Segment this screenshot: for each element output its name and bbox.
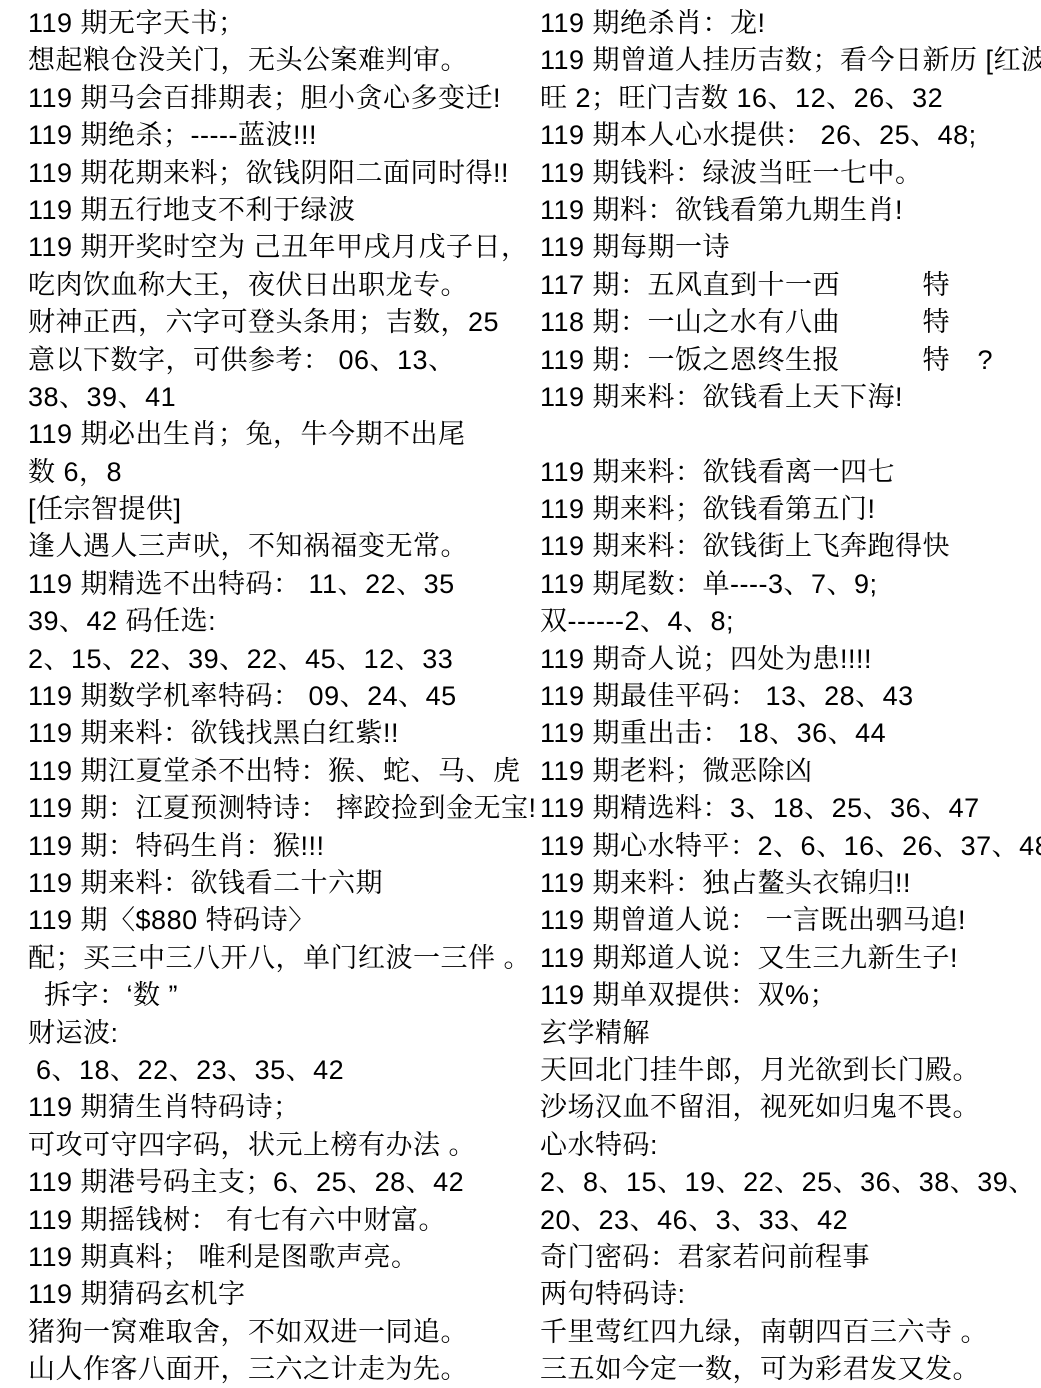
text-line: 119 期〈$880 特码诗〉	[28, 902, 533, 939]
text-line: 117 期：五风直到十一西 特	[540, 267, 1040, 304]
text-line: 吃肉饮血称大王，夜伏日出职龙专。	[28, 267, 533, 304]
text-line: 两句特码诗:	[540, 1276, 1040, 1313]
text-line: 猪狗一窝难取舍，不如双进一同追。	[28, 1314, 533, 1351]
text-line: 2、15、22、39、22、45、12、33	[28, 641, 533, 678]
text-line: 119 期马会百排期表；胆小贪心多变迁!	[28, 80, 533, 117]
text-line: 数 6，8	[28, 454, 533, 491]
text-line: 119 期尾数：单----3、7、9;	[540, 566, 1040, 603]
left-column: 119 期无字天书； 想起粮仓没关门，无头公案难判审。 119 期马会百排期表；…	[28, 5, 533, 1388]
text-line: 119 期开奖时空为 己丑年甲戌月戊子日，	[28, 229, 533, 266]
text-line: 119 期来料：欲钱街上飞奔跑得快	[540, 528, 1040, 565]
text-line: 119 期最佳平码： 13、28、43	[540, 678, 1040, 715]
text-line: 119 期曾道人说： 一言既出驷马追!	[540, 902, 1040, 939]
text-line: 旺 2；旺门吉数 16、12、26、32	[540, 80, 1040, 117]
text-line: 2、8、15、19、22、25、36、38、39、	[540, 1164, 1040, 1201]
text-line: 38、39、41	[28, 379, 533, 416]
text-line: 119 期真料； 唯利是图歌声亮。	[28, 1239, 533, 1276]
text-line: 119 期摇钱树： 有七有六中财富。	[28, 1202, 533, 1239]
text-line: 119 期：江夏预测特诗： 摔跤捡到金无宝!	[28, 790, 533, 827]
text-line: [任宗智提供]	[28, 491, 533, 528]
text-line: 119 期单双提供：双%；	[540, 977, 1040, 1014]
text-line: 119 期无字天书；	[28, 5, 533, 42]
text-line: 119 期五行地支不利于绿波	[28, 192, 533, 229]
text-line: 意以下数字，可供参考： 06、13、	[28, 342, 533, 379]
text-line: 119 期精选不出特码： 11、22、35	[28, 566, 533, 603]
text-line: 想起粮仓没关门，无头公案难判审。	[28, 42, 533, 79]
text-line: 39、42 码任选:	[28, 603, 533, 640]
text-line: 119 期数学机率特码： 09、24、45	[28, 678, 533, 715]
text-line: 119 期港号码主支；6、25、28、42	[28, 1164, 533, 1201]
text-line: 119 期料：欲钱看第九期生肖!	[540, 192, 1040, 229]
text-line: 6、18、22、23、35、42	[28, 1052, 533, 1089]
text-line: 拆字：‘数 ”	[28, 977, 533, 1014]
text-line: 119 期精选料：3、18、25、36、47	[540, 790, 1040, 827]
text-line: 财神正西，六字可登头条用；吉数，25	[28, 304, 533, 341]
text-line: 千里莺红四九绿，南朝四百三六寺 。	[540, 1314, 1040, 1351]
text-line: 三五如今定一数，可为彩君发又发。	[540, 1351, 1040, 1388]
text-line: 119 期每期一诗	[540, 229, 1040, 266]
text-line: 119 期来料；欲钱看第五门!	[540, 491, 1040, 528]
text-line: 119 期：一饭之恩终生报 特 ?	[540, 342, 1040, 379]
text-line: 119 期来料：欲钱找黑白红紫!!	[28, 715, 533, 752]
text-line: 119 期曾道人挂历吉数；看今日新历 [红波	[540, 42, 1040, 79]
blank-line	[540, 416, 1040, 453]
text-line: 山人作客八面开，三六之计走为先。	[28, 1351, 533, 1388]
text-line: 119 期猜生肖特码诗；	[28, 1089, 533, 1126]
text-line: 119 期本人心水提供： 26、25、48;	[540, 117, 1040, 154]
text-line: 天回北门挂牛郎，月光欲到长门殿。	[540, 1052, 1040, 1089]
text-line: 沙场汉血不留泪，视死如归鬼不畏。	[540, 1089, 1040, 1126]
text-line: 119 期花期来料；欲钱阴阳二面同时得!!	[28, 155, 533, 192]
text-line: 玄学精解	[540, 1015, 1040, 1052]
text-line: 119 期老料；微恶除凶	[540, 753, 1040, 790]
document-page: 119 期无字天书； 想起粮仓没关门，无头公案难判审。 119 期马会百排期表；…	[0, 0, 1041, 1388]
text-line: 配；买三中三八开八，单门红波一三伴 。	[28, 940, 533, 977]
right-column: 119 期绝杀肖：龙! 119 期曾道人挂历吉数；看今日新历 [红波 旺 2；旺…	[540, 5, 1040, 1388]
text-line: 119 期猜码玄机字	[28, 1276, 533, 1313]
text-line: 119 期钱料：绿波当旺一七中。	[540, 155, 1040, 192]
text-line: 119 期江夏堂杀不出特：猴、蛇、马、虎	[28, 753, 533, 790]
text-line: 119 期来料：欲钱看离一四七	[540, 454, 1040, 491]
text-line: 119 期心水特平：2、6、16、26、37、48。	[540, 828, 1040, 865]
text-line: 119 期来料：欲钱看二十六期	[28, 865, 533, 902]
text-line: 119 期必出生肖；兔，牛今期不出尾	[28, 416, 533, 453]
text-line: 财运波:	[28, 1015, 533, 1052]
text-line: 心水特码:	[540, 1127, 1040, 1164]
text-line: 119 期来料：欲钱看上天下海!	[540, 379, 1040, 416]
text-line: 可攻可守四字码，状元上榜有办法 。	[28, 1127, 533, 1164]
text-line: 119 期：特码生肖：猴!!!	[28, 828, 533, 865]
text-line: 119 期重出击： 18、36、44	[540, 715, 1040, 752]
text-line: 118 期：一山之水有八曲 特	[540, 304, 1040, 341]
text-line: 119 期来料：独占鳌头衣锦归!!	[540, 865, 1040, 902]
text-line: 119 期奇人说；四处为患!!!!	[540, 641, 1040, 678]
text-line: 逢人遇人三声吠，不知祸福变无常。	[28, 528, 533, 565]
text-line: 奇门密码：君家若问前程事	[540, 1239, 1040, 1276]
text-line: 双------2、4、8;	[540, 603, 1040, 640]
text-line: 119 期绝杀肖：龙!	[540, 5, 1040, 42]
text-line: 119 期绝杀；-----蓝波!!!	[28, 117, 533, 154]
text-line: 119 期郑道人说：又生三九新生子!	[540, 940, 1040, 977]
text-line: 20、23、46、3、33、42	[540, 1202, 1040, 1239]
